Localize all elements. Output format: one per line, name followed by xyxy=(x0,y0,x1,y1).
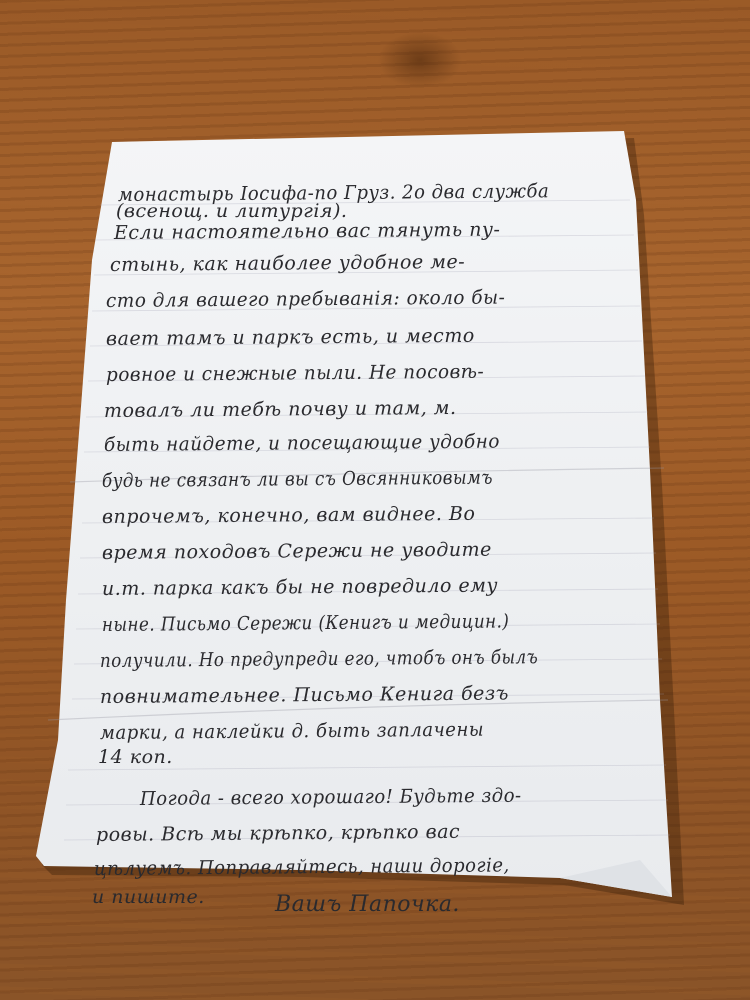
letter-line: марки, а наклейки д. быть заплачены xyxy=(100,719,484,744)
letter-line: получили. Но предупреди его, чтобъ онъ б… xyxy=(100,646,538,672)
letter-line: и пишите. xyxy=(92,886,205,908)
letter-line: ровы. Всѣ мы крѣпко, крѣпко вас xyxy=(96,821,460,846)
letter-paper: монастырь Іосифа-по Груз. 2о два служба … xyxy=(0,0,750,1000)
letter-line: Если настоятельно вас тянуть пу- xyxy=(114,219,501,244)
letter-line: впрочемъ, конечно, вам виднее. Во xyxy=(102,503,476,528)
letter-line: сто для вашего пребыванія: около бы- xyxy=(106,287,505,312)
paper-shape xyxy=(0,0,750,1000)
letter-line: быть найдете, и посещающие удобно xyxy=(104,431,500,456)
letter-line: цѣлуемъ. Поправляйтесь, наши дорогіе, xyxy=(94,854,510,880)
letter-line: стынь, как наиболее удобное ме- xyxy=(110,251,465,276)
letter-line: Погода - всего хорошаго! Будьте здо- xyxy=(140,785,522,810)
letter-line: 14 коп. xyxy=(98,746,173,768)
letter-line: вает тамъ и паркъ есть, и место xyxy=(106,325,475,350)
letter-line: ровное и снежные пыли. Не посовѣ- xyxy=(106,361,484,386)
letter-line: товалъ ли тебѣ почву и там, м. xyxy=(104,397,457,422)
letter-line: ныне. Письмо Сережи (Кенигъ и медицин.) xyxy=(102,610,509,636)
letter-line: время походовъ Сережи не уводите xyxy=(102,539,492,564)
signature: Вашъ Папочка. xyxy=(275,892,460,917)
letter-line: повнимательнее. Письмо Кенига безъ xyxy=(100,682,509,708)
letter-line: (всенощ. и литургія). xyxy=(116,200,347,222)
letter-line: и.т. парка какъ бы не повредило ему xyxy=(102,575,498,600)
letter-line: будь не связанъ ли вы съ Овсянниковымъ xyxy=(102,467,493,492)
